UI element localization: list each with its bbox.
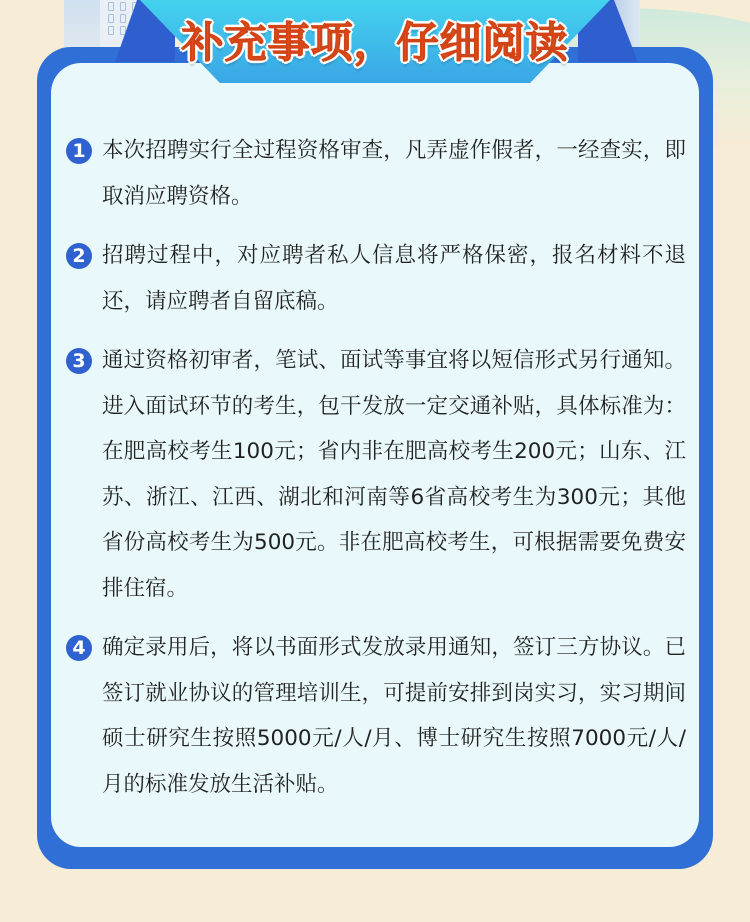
window-icon: [108, 14, 114, 23]
note-item-4: 4 确定录用后，将以书面形式发放录用通知，签订三方协议。已签订就业协议的管理培训…: [66, 625, 686, 807]
note-item-1: 1 本次招聘实行全过程资格审查，凡弄虚作假者，一经查实，即取消应聘资格。: [66, 128, 686, 219]
number-badge-icon: 4: [66, 635, 92, 661]
page-title: 补充事项，仔细阅读: [140, 0, 610, 83]
number-badge-icon: 1: [66, 138, 92, 164]
window-icon: [108, 2, 114, 11]
window-icon: [108, 26, 114, 35]
window-icon: [120, 14, 126, 23]
window-icon: [120, 2, 126, 11]
note-item-2: 2 招聘过程中，对应聘者私人信息将严格保密，报名材料不退还，请应聘者自留底稿。: [66, 233, 686, 324]
note-text: 确定录用后，将以书面形式发放录用通知，签订三方协议。已签订就业协议的管理培训生，…: [102, 625, 686, 807]
number-badge-icon: 2: [66, 243, 92, 269]
note-text: 本次招聘实行全过程资格审查，凡弄虚作假者，一经查实，即取消应聘资格。: [102, 128, 686, 219]
notes-list: 1 本次招聘实行全过程资格审查，凡弄虚作假者，一经查实，即取消应聘资格。 2 招…: [66, 128, 686, 821]
note-item-3: 3 通过资格初审者，笔试、面试等事宜将以短信形式另行通知。进入面试环节的考生，包…: [66, 338, 686, 611]
number-badge-icon: 3: [66, 348, 92, 374]
note-text: 招聘过程中，对应聘者私人信息将严格保密，报名材料不退还，请应聘者自留底稿。: [102, 233, 686, 324]
note-text: 通过资格初审者，笔试、面试等事宜将以短信形式另行通知。进入面试环节的考生，包干发…: [102, 338, 686, 611]
